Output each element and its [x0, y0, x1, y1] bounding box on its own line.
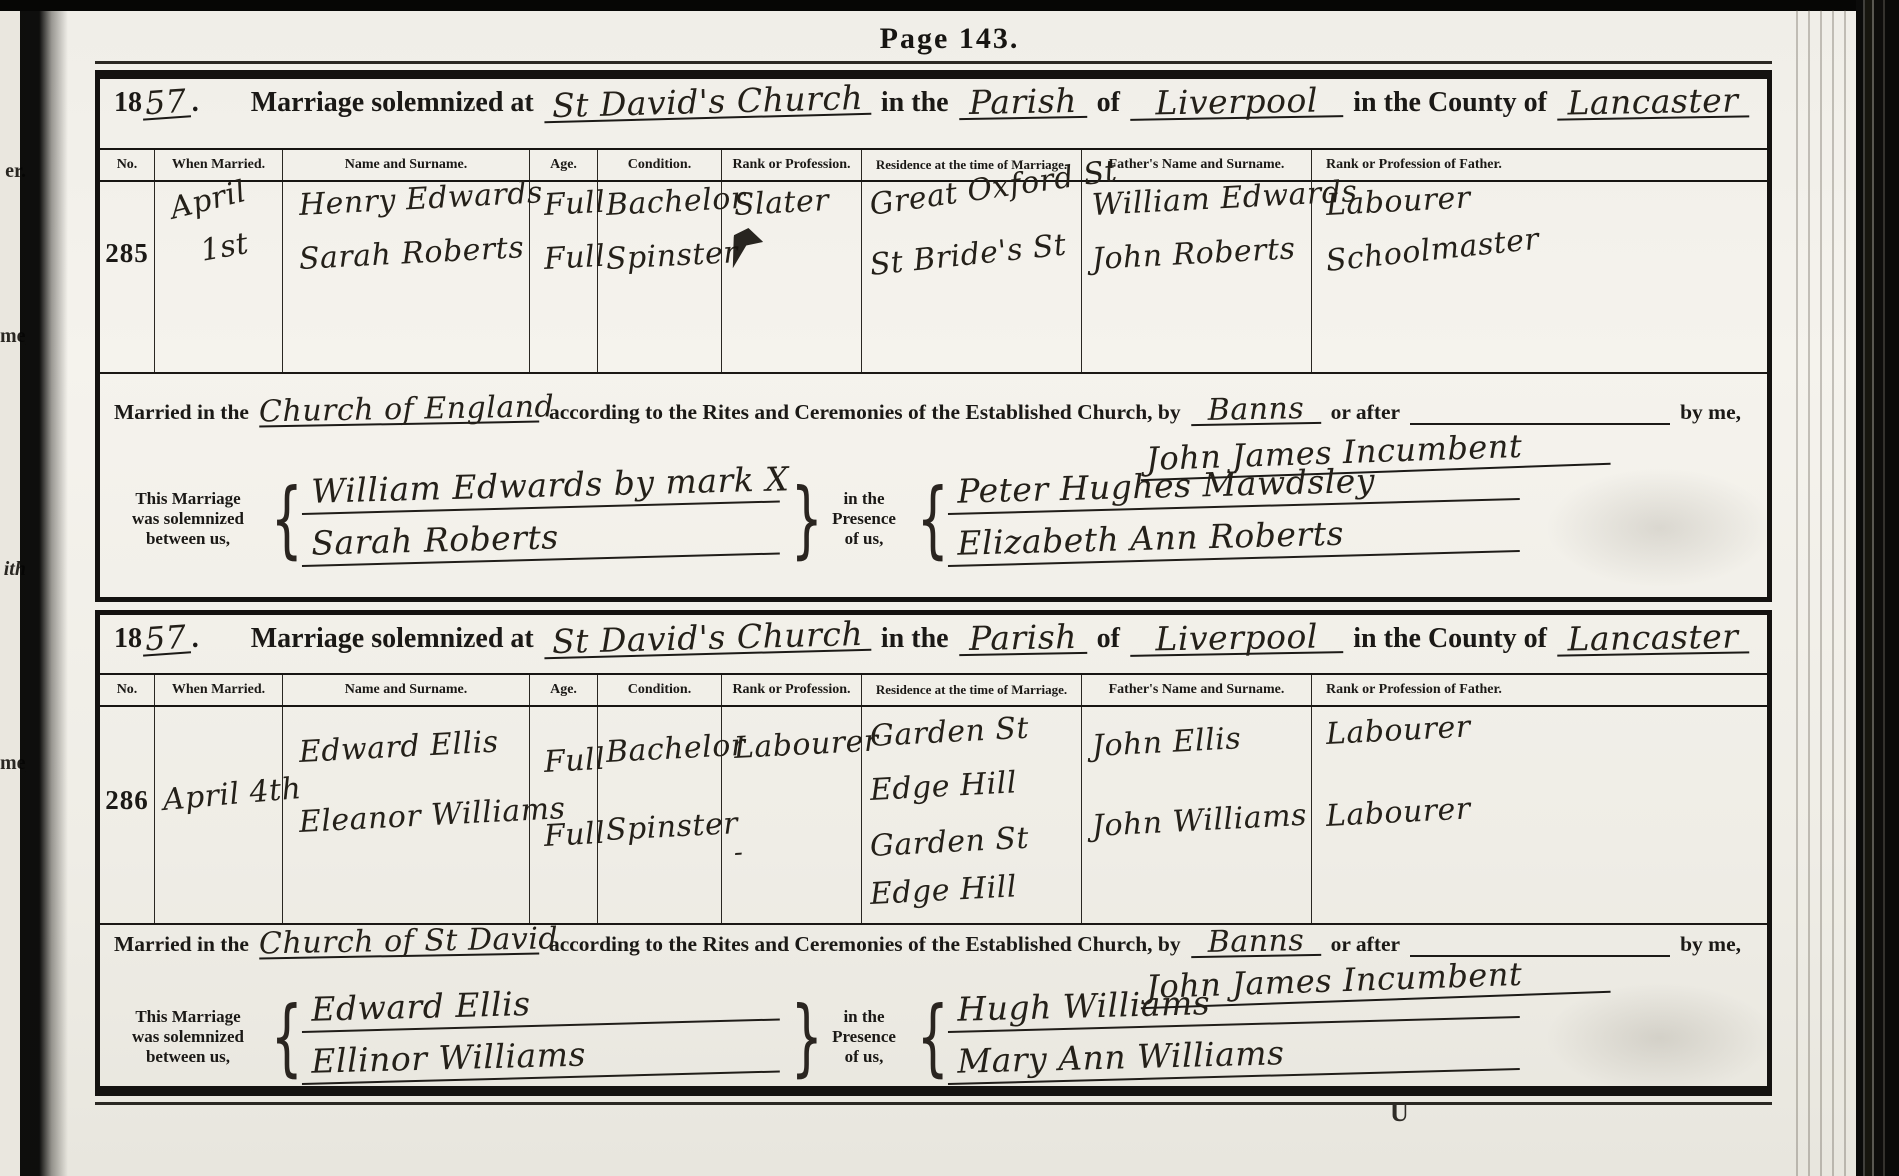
- table-column-headers: No. When Married. Name and Surname. Age.…: [100, 673, 1767, 707]
- parish-word: Parish: [958, 622, 1087, 656]
- names-cell: Henry Edwards Sarah Roberts: [283, 182, 530, 372]
- ceremony-line: Married in the Church of St David accord…: [114, 927, 1751, 957]
- witness-signature: Mary Ann Williams: [947, 1026, 1520, 1085]
- page-corner-mark: U: [1390, 1098, 1409, 1128]
- father-profession-cell: Labourer Labourer: [1312, 707, 1767, 923]
- bride-signature: Sarah Roberts: [301, 511, 780, 567]
- label-line: between us,: [112, 1047, 264, 1067]
- profession-cell: Slater: [722, 182, 862, 372]
- bride-residence: St Bride's St: [868, 224, 1082, 286]
- page-number-heading: Page 143.: [0, 22, 1899, 56]
- groom-name: Edward Ellis: [298, 721, 530, 773]
- brace-open: {: [271, 995, 291, 1079]
- witness-signatures: Hugh Williams Mary Ann Williams: [948, 989, 1520, 1085]
- label-line: This Marriage: [112, 489, 264, 509]
- groom-profession: Slater: [733, 179, 862, 226]
- groom-name: Henry Edwards: [298, 174, 530, 226]
- married-in-value: Church of St David: [259, 926, 539, 960]
- couple-signatures: Edward Ellis Ellinor Williams: [302, 989, 780, 1085]
- bride-father-profession: Labourer: [1325, 774, 1767, 837]
- banns-value: Banns: [1190, 927, 1320, 958]
- blank-license-line: [1410, 395, 1670, 425]
- col-header-name: Name and Surname.: [283, 675, 530, 705]
- label-line: Presence: [818, 1027, 910, 1047]
- signatures-section: This Marriage was solemnized between us,…: [112, 989, 1524, 1085]
- solemnized-at-label: Marriage solemnized at: [251, 87, 534, 119]
- label-line: in the: [818, 489, 910, 509]
- col-header-profession: Rank or Profession.: [722, 150, 862, 180]
- groom-profession: Labourer: [733, 722, 862, 769]
- church-name: St David's Church: [543, 619, 871, 660]
- rites-label: according to the Rites and Ceremonies of…: [549, 932, 1181, 957]
- col-header-when-married: When Married.: [155, 675, 283, 705]
- names-cell: Edward Ellis Eleanor Williams: [283, 707, 530, 923]
- col-header-no: No.: [100, 675, 155, 705]
- year-period: .: [192, 623, 199, 655]
- groom-condition: Bachelor: [605, 727, 722, 773]
- bride-name: Eleanor Williams: [298, 791, 530, 843]
- table-row: 285 April 1st Henry Edwards Sarah Robert…: [100, 182, 1767, 374]
- of-label: of: [1097, 623, 1120, 655]
- year-prefix: 18: [114, 87, 142, 119]
- residence-cell: Garden St Edge Hill Garden St Edge Hill: [862, 707, 1082, 923]
- groom-father-name: William Edwards: [1091, 175, 1312, 226]
- groom-residence: Edge Hill: [869, 760, 1082, 811]
- rites-label: according to the Rites and Ceremonies of…: [549, 400, 1181, 425]
- bride-profession: -: [733, 826, 862, 873]
- brace-open: {: [917, 995, 937, 1079]
- bride-residence: Edge Hill: [869, 864, 1082, 915]
- entry-header-line: 18 57 . Marriage solemnized at St David'…: [114, 87, 1749, 119]
- label-line: Presence: [818, 509, 910, 529]
- county-name: Lancaster: [1557, 621, 1750, 656]
- by-me-label: by me,: [1680, 400, 1741, 425]
- father-name-cell: John Ellis John Williams: [1082, 707, 1312, 923]
- bride-name: Sarah Roberts: [298, 228, 530, 280]
- couple-signatures: William Edwards by mark X Sarah Roberts: [302, 471, 780, 567]
- bride-father-name: John Williams: [1091, 796, 1312, 847]
- age-cell: Full Full: [530, 182, 598, 372]
- label-line: was solemnized: [112, 509, 264, 529]
- col-header-no: No.: [100, 150, 155, 180]
- entry-number: 285: [100, 238, 154, 269]
- county-of-label: in the County of: [1353, 623, 1547, 655]
- when-married-cell: April 4th: [155, 707, 283, 923]
- county-name: Lancaster: [1557, 85, 1750, 120]
- profession-cell: Labourer -: [722, 707, 862, 923]
- when-married-line: 1st: [198, 218, 285, 271]
- scan-top-edge: [0, 0, 1899, 11]
- solemnized-between-label: This Marriage was solemnized between us,: [112, 1007, 264, 1067]
- scan-right-edge: [1856, 0, 1899, 1176]
- condition-cell: Bachelor Spinster: [598, 707, 722, 923]
- or-after-label: or after: [1331, 932, 1400, 957]
- solemnized-at-label: Marriage solemnized at: [251, 623, 534, 655]
- marriage-entry-286: 18 57 . Marriage solemnized at St David'…: [95, 610, 1772, 1096]
- label-line: of us,: [818, 529, 910, 549]
- church-name: St David's Church: [543, 83, 871, 124]
- entry-number-cell: 285: [100, 182, 155, 372]
- table-row: 286 April 4th Edward Ellis Eleanor Willi…: [100, 707, 1767, 925]
- col-header-residence: Residence at the time of Marriage.: [862, 675, 1082, 705]
- bride-age: Full: [543, 237, 598, 280]
- page-stack-edges: [1786, 10, 1856, 1176]
- witness-signatures: Peter Hughes Mawdsley Elizabeth Ann Robe…: [948, 471, 1520, 567]
- witness-signature: Peter Hughes Mawdsley: [947, 456, 1520, 515]
- binding-gutter-shadow: [20, 0, 68, 1176]
- marriage-entry-285: 18 57 . Marriage solemnized at St David'…: [95, 70, 1772, 602]
- bride-father-name: John Roberts: [1091, 229, 1312, 280]
- bride-residence: Garden St: [869, 816, 1082, 867]
- brace-open: {: [271, 477, 291, 561]
- when-married-line: April 4th: [161, 771, 283, 821]
- brace-close: }: [791, 995, 811, 1079]
- bride-signature: Ellinor Williams: [301, 1029, 780, 1085]
- in-the-label: in the: [881, 623, 949, 655]
- col-header-condition: Condition.: [598, 675, 722, 705]
- ink-blot: [729, 226, 765, 272]
- witness-signature: Elizabeth Ann Roberts: [947, 508, 1520, 567]
- solemnized-between-label: This Marriage was solemnized between us,: [112, 489, 264, 549]
- groom-father-name: John Ellis: [1091, 716, 1312, 767]
- groom-age: Full: [543, 183, 598, 226]
- bride-condition: Spinster: [605, 805, 722, 851]
- banns-value: Banns: [1190, 395, 1320, 426]
- parish-place: Liverpool: [1130, 85, 1344, 121]
- parish-place: Liverpool: [1130, 621, 1344, 657]
- father-name-cell: William Edwards John Roberts: [1082, 182, 1312, 372]
- label-line: of us,: [818, 1047, 910, 1067]
- or-after-label: or after: [1331, 400, 1400, 425]
- residence-cell: Great Oxford St St Bride's St: [862, 182, 1082, 372]
- col-header-father-name: Father's Name and Surname.: [1082, 675, 1312, 705]
- col-header-profession: Rank or Profession.: [722, 675, 862, 705]
- married-in-value: Church of England: [259, 394, 539, 428]
- groom-age: Full: [543, 740, 598, 783]
- ceremony-line: Married in the Church of England accordi…: [114, 395, 1751, 425]
- year-handwritten: 57: [141, 85, 191, 120]
- brace-open: {: [917, 477, 937, 561]
- col-header-condition: Condition.: [598, 150, 722, 180]
- col-header-age: Age.: [530, 675, 598, 705]
- groom-signature: Edward Ellis: [301, 977, 780, 1033]
- label-line: was solemnized: [112, 1027, 264, 1047]
- entry-number-cell: 286: [100, 707, 155, 923]
- by-me-label: by me,: [1680, 932, 1741, 957]
- label-line: in the: [818, 1007, 910, 1027]
- groom-condition: Bachelor: [605, 180, 722, 226]
- presence-label: in the Presence of us,: [818, 1007, 910, 1067]
- bride-age: Full: [543, 814, 598, 857]
- married-in-the-label: Married in the: [114, 932, 249, 957]
- of-label: of: [1097, 87, 1120, 119]
- register-page-scan: er. me, ith me, Page 143. 18 57 . Marria…: [0, 0, 1899, 1176]
- brace-close: }: [791, 477, 811, 561]
- label-line: This Marriage: [112, 1007, 264, 1027]
- age-cell: Full Full: [530, 707, 598, 923]
- year-prefix: 18: [114, 623, 142, 655]
- entry-number: 286: [100, 785, 154, 816]
- when-married-cell: April 1st: [155, 182, 283, 372]
- married-in-the-label: Married in the: [114, 400, 249, 425]
- groom-residence: Garden St: [869, 706, 1082, 757]
- witness-signature: Hugh Williams: [947, 974, 1520, 1033]
- county-of-label: in the County of: [1353, 87, 1547, 119]
- year-handwritten: 57: [141, 621, 191, 656]
- year-period: .: [192, 87, 199, 119]
- signatures-section: This Marriage was solemnized between us,…: [112, 471, 1524, 567]
- presence-label: in the Presence of us,: [818, 489, 910, 549]
- groom-signature: William Edwards by mark X: [301, 459, 780, 515]
- condition-cell: Bachelor Spinster: [598, 182, 722, 372]
- parish-word: Parish: [958, 86, 1087, 120]
- bride-condition: Spinster: [605, 234, 722, 280]
- father-profession-cell: Labourer Schoolmaster: [1312, 182, 1767, 372]
- label-line: between us,: [112, 529, 264, 549]
- entry-header-line: 18 57 . Marriage solemnized at St David'…: [114, 623, 1749, 655]
- in-the-label: in the: [881, 87, 949, 119]
